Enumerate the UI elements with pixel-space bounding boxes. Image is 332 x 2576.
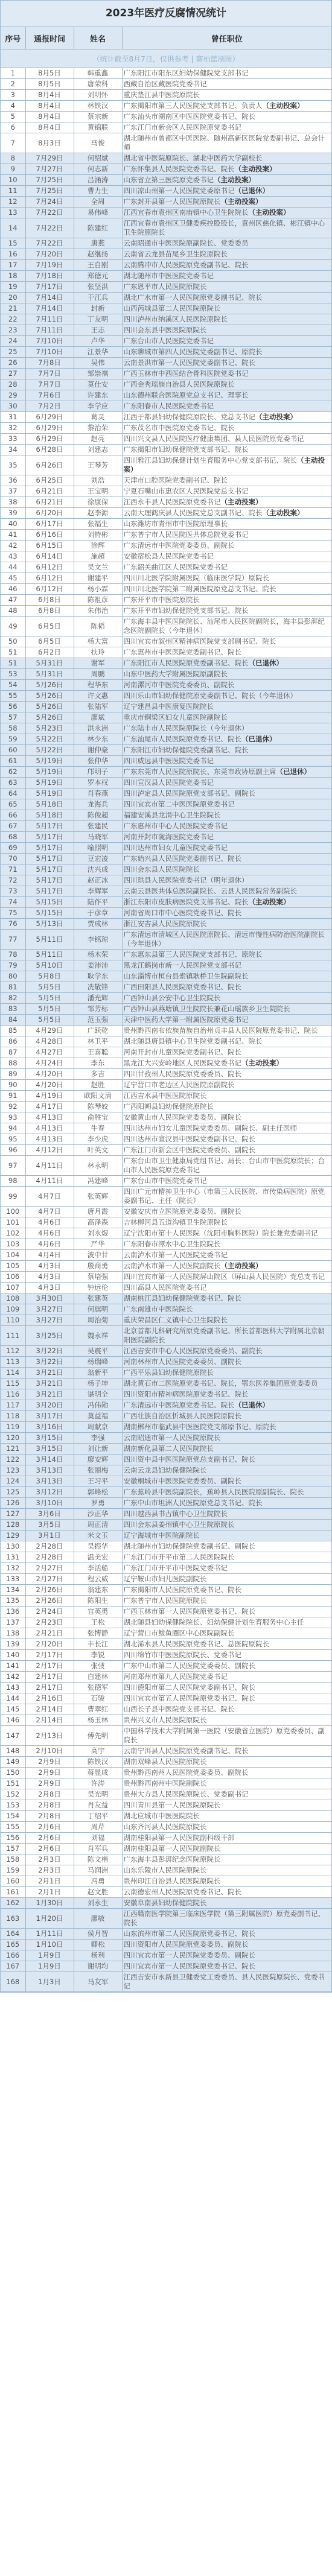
row-number-text: 15	[8, 239, 18, 247]
person-name-text: 肖军兵	[88, 1844, 109, 1853]
person-name-text: 刘让新	[88, 1444, 109, 1453]
person-name: 欧阳文清	[74, 1091, 122, 1102]
position-text: 广东陆丰市人民医院原院长（今年退休）	[124, 724, 249, 732]
row-number-text: 146	[6, 1716, 19, 1724]
row-number: 26	[1, 358, 25, 369]
position-text: 山东中医药大学附属医院原副院长	[124, 670, 228, 678]
report-date: 2月9日	[25, 1778, 74, 1789]
position: 广东台山市卫生健康局党组书记、局长；台山市中医院原院长；台山市人民医院原党委书记	[122, 1156, 331, 1176]
report-date: 2月26日	[25, 1585, 74, 1596]
report-date-text: 5月17日	[36, 854, 63, 863]
report-date-text: 2月21日	[36, 1629, 63, 1637]
report-date-text: 7月14日	[36, 293, 63, 302]
person-name: 张博静	[74, 1628, 122, 1639]
report-date-text: 5月19日	[36, 778, 63, 787]
person-name: 于江兵	[74, 293, 122, 303]
position-text: 广东揭阳市第三人民医院党支部书记、负责人	[124, 101, 263, 110]
row-number: 113	[1, 1357, 25, 1368]
row-number: 166	[1, 1950, 25, 1961]
person-name-text: 魏永祥	[88, 1331, 109, 1340]
position-text: 江西宜春市袁州区南庙镇中心卫生院院长	[124, 208, 249, 217]
position: 四川资阳市人民医院原党委委员、副院长	[122, 1940, 331, 1950]
report-date-text: 4月20日	[36, 1070, 63, 1078]
person-name-text: 罗勇	[91, 1499, 105, 1507]
row-number-text: 131	[6, 1553, 19, 1561]
row-number: 161	[1, 1887, 25, 1898]
position-text: 宁夏石嘴山市惠农区人民医院党总支书记	[124, 487, 249, 495]
table-row: 705月17日豆宏凌广东始兴县人民医院党委副书记、院长	[1, 854, 331, 864]
person-name-text: 冼敬锋	[88, 983, 109, 991]
report-date-text: 8月4日	[38, 90, 61, 99]
report-date: 5月26日	[25, 691, 74, 702]
row-number-text: 89	[8, 1070, 18, 1078]
person-name: 张坚洪	[74, 282, 122, 293]
report-date: 2月14日	[25, 1715, 74, 1726]
row-number: 57	[1, 712, 25, 723]
position-text: 西藏自治区藏医院党委书记	[124, 80, 207, 88]
person-name-text: 米文玉	[88, 1531, 109, 1540]
position-text: 四川达州市妇女儿童医院党委委员、副院长、副主任医师	[124, 1124, 298, 1132]
person-name-text: 唐燕	[91, 239, 105, 247]
report-date: 5月11日	[25, 930, 74, 950]
report-date-text: 4月13日	[36, 1124, 63, 1132]
person-name-text: 赵李源	[88, 509, 109, 517]
report-date: 7月22日	[25, 218, 74, 238]
report-date: 5月19日	[25, 756, 74, 767]
report-date: 4月7日	[25, 1207, 74, 1217]
row-number: 164	[1, 1929, 25, 1940]
position-text: 广东蕉岭县中医院副院长，蕉岭县人民医院原副院长、院长	[124, 1488, 304, 1496]
position-text: 四川广元市精神卫生中心（市第三人民医院、市传染病医院）原党委副书记、主任（院长）	[124, 1187, 325, 1205]
row-number-text: 118	[6, 1412, 19, 1420]
person-name: 钟远伦	[74, 1283, 122, 1293]
person-name-text: 沈兴成	[88, 865, 109, 874]
row-number: 93	[1, 1112, 25, 1123]
table-row: 1602月1日冯勇贵州印江自治县人民医院原院长	[1, 1876, 331, 1887]
person-name: 刘让新	[74, 1444, 122, 1455]
position: 云南腾冲市人民医院原党委副书记、院长	[122, 260, 331, 271]
row-number-text: 138	[6, 1629, 19, 1637]
report-date-text: 4月17日	[36, 1102, 63, 1111]
table-row: 755月15日于彦章河南省周口市中心医院党委书记、院长	[1, 908, 331, 919]
person-name: 冼敬锋	[74, 982, 122, 993]
row-number-text: 47	[8, 595, 18, 604]
position-text: 河南漯河市中医院党委委员、副院长	[124, 680, 235, 689]
person-name: 赵继扬	[74, 249, 122, 260]
row-number: 118	[1, 1411, 25, 1422]
row-number-text: 110	[6, 1316, 19, 1324]
report-date: 7月14日	[25, 293, 74, 303]
row-number-text: 168	[6, 1978, 19, 1986]
person-name-text: 潘光辉	[88, 994, 109, 1002]
report-date-text: 5月17日	[36, 887, 63, 895]
row-number-text: 71	[8, 865, 18, 874]
position-text: 安徽阜南县妇幼保健院院长	[124, 1899, 207, 1907]
report-date-text: 5月17日	[36, 843, 63, 852]
row-number-text: 102	[6, 1229, 19, 1237]
row-number: 35	[1, 455, 25, 475]
position: 广东揭阳市妇幼保健院党支部书记、院长	[122, 445, 331, 455]
person-name: 李东	[74, 1058, 122, 1069]
person-name: 林少东	[74, 734, 122, 745]
person-name: 赵胜	[74, 1080, 122, 1091]
position: 广西平乐县妇幼保健院原院长	[122, 1368, 331, 1378]
report-date-text: 7月22日	[36, 239, 63, 247]
person-name: 张福生	[74, 519, 122, 530]
row-number: 167	[1, 1961, 25, 1972]
table-row: 316月29日葛灵江西于都县妇幼保健院原院长、党总支书记（主动投案）	[1, 412, 331, 423]
position: 湖南桃江县妇幼保健院党委书记、院长	[122, 1293, 331, 1304]
person-name: 周正清	[74, 1520, 122, 1531]
table-row: 1442月16日石骏四川宜宾市第五人民医院原党委书记、院长	[1, 1693, 331, 1704]
position: 广西金秀瑶族自治县人民医院原院长	[122, 379, 331, 390]
person-name: 刘永煜	[74, 1228, 122, 1239]
table-row: 595月22日林少东广东汕尾市人民医院原党委书记、院长（已退休）	[1, 734, 331, 745]
position-text: 四川乐山市妇幼保健院原党委副书记、院长（今年退休）	[124, 691, 298, 700]
position-text: 广西田阳县人民医院原党委书记、院长	[124, 983, 242, 991]
position: 四川宜宾市叙州区精神病医院党支部副书记、院长	[122, 636, 331, 647]
position: 江西吉水县中医医院原院长	[122, 1091, 331, 1102]
report-date: 2月13日	[25, 1726, 74, 1746]
row-number-text: 99	[8, 1192, 18, 1201]
report-date: 3月12日	[25, 1487, 74, 1498]
position: 云南昭通市第一人民医院原院长	[122, 1433, 331, 1444]
person-name-text: 曹力生	[88, 186, 109, 195]
row-number: 5	[1, 112, 25, 122]
report-date: 1月3日	[25, 1972, 74, 1992]
table-row: 1074月3日钟远伦四川高县人民医院党委书记	[1, 1283, 331, 1293]
position-text: 四川宜宾市叙州区精神病医院党支部副书记、院长	[124, 637, 276, 646]
row-number: 14	[1, 218, 25, 238]
position: 广东揭阳市人民医院原党委书记、院长	[122, 1585, 331, 1596]
report-date: 7月24日	[25, 197, 74, 208]
person-name-text: 李锐	[91, 1651, 105, 1659]
person-name: 唐月霞	[74, 1207, 122, 1217]
row-number-text: 144	[6, 1694, 19, 1702]
person-name-text: 杨子坤	[88, 1379, 109, 1388]
report-date-text: 2月16日	[36, 1694, 63, 1702]
person-name: 翁新平	[74, 1368, 122, 1378]
row-number-text: 90	[8, 1080, 18, 1089]
row-number: 150	[1, 1768, 25, 1778]
position: 四川威远县中医医院党委书记	[122, 756, 331, 767]
position-text: 广东惠东县第三人民医院党支部书记、原院长	[124, 950, 263, 959]
report-date-text: 6月29日	[36, 424, 63, 432]
report-date: 4月11日	[25, 1176, 74, 1187]
row-number: 31	[1, 412, 25, 423]
row-number: 27	[1, 369, 25, 379]
position-text: 吉林柳河县五道沟镇卫生院原院长	[124, 1218, 228, 1226]
table-row: 1472月13日傅先明中国科学技术大学附属第一医院（安徽省立医院）原党委委员、副…	[1, 1726, 331, 1746]
person-name-text: 钟远伦	[88, 1283, 109, 1292]
position: 四川达州市宣汉县中医院党委副书记、院长	[122, 1134, 331, 1145]
position-text: 四川宜宾市第二中医医院原党委书记	[124, 800, 235, 808]
header-row: 序号 通报时间 姓名 曾任职位	[1, 27, 331, 49]
report-date-text: 2月1日	[38, 1877, 61, 1885]
report-date-text: 4月7日	[38, 1207, 61, 1216]
person-name: 冯建峰	[74, 1176, 122, 1187]
position: 江西永丰县人民医院原党委书记（主动投案）	[122, 497, 331, 508]
report-date-text: 2月13日	[36, 1731, 63, 1740]
position: 广东海丰县中医医院院长、汕尾市人民医院副院长，海丰县彭湃纪念医院副院长（今年退休…	[122, 617, 331, 636]
position: 广东封开县第一人民医院原院长（主动投案）	[122, 197, 331, 208]
table-row: 1113月25日魏永祥北京首都儿科研究所原党委副书记、所长首都医科大学附属北京朝…	[1, 1326, 331, 1346]
row-number: 65	[1, 799, 25, 810]
position: 四川兴文县人民医院医疗健康集团、县人民医院原党委书记	[122, 434, 331, 445]
report-date: 6月5日	[25, 636, 74, 647]
position: 四川泸定县人民医院原党支部书记、副院长	[122, 788, 331, 799]
position-text: 辽宁沈阳市第十人民医院（沈阳市胸科医院）院长兼党委副书记	[124, 1229, 318, 1237]
report-date: 5月10日	[25, 960, 74, 971]
row-number: 146	[1, 1715, 25, 1726]
report-date: 5月5日	[25, 1015, 74, 1026]
report-date-text: 7月24日	[36, 197, 63, 206]
position-text: 辽宁营口市鲅鱼圈区中心医院副院长	[124, 1629, 235, 1637]
report-date-text: 6月26日	[36, 461, 63, 469]
position: 四川乐山市妇幼保健院原党委副书记、院长（今年退休）	[122, 691, 331, 702]
report-date: 5月23日	[25, 723, 74, 734]
table-row: 1482月10日高宇云南宁洱县人民医院原党委副书记、院长	[1, 1746, 331, 1757]
person-name: 周治菊	[74, 1315, 122, 1326]
row-number: 147	[1, 1726, 25, 1746]
person-name-text: 徐辉	[91, 541, 105, 550]
position-text: 广西钟山县燕塘镇卫生院院长兼花山瑶族乡卫生院院长	[124, 1004, 290, 1013]
person-name: 廖安辉	[74, 1455, 122, 1465]
person-name-text: 陈铁汉	[88, 1757, 109, 1766]
report-date: 5月5日	[25, 982, 74, 993]
row-number: 101	[1, 1217, 25, 1228]
report-date: 2月3日	[25, 1854, 74, 1865]
row-number-text: 72	[8, 876, 18, 884]
table-row: 1651月10日卿松四川资阳市人民医院原党委委员、副院长	[1, 1940, 331, 1950]
person-name: 韩重鑫	[74, 68, 122, 79]
report-date-text: 4月24日	[36, 1059, 63, 1067]
row-number: 32	[1, 423, 25, 434]
table-row: 1093月27日何旗明广东南雄市中医院院长	[1, 1304, 331, 1315]
report-date-text: 2月14日	[36, 1705, 63, 1713]
table-row: 1193月16日周献京湖南郴州市临武县中医医院党支部原书记、原院长	[1, 1422, 331, 1433]
report-date: 3月17日	[25, 1411, 74, 1422]
person-name-text: 何旗明	[88, 1305, 109, 1313]
position: 广西钟山县公安中心卫生院院长	[122, 993, 331, 1004]
row-number-text: 66	[8, 811, 18, 819]
person-name-text: 刘福	[91, 1833, 105, 1842]
source-note: （统计截至8月7日，仅供参考 | 赛柏蓝制图）	[1, 49, 331, 68]
report-date: 5月17日	[25, 886, 74, 897]
report-date-text: 2月3日	[38, 1866, 61, 1874]
row-number: 45	[1, 573, 25, 584]
report-date-text: 7月17日	[36, 282, 63, 291]
person-name: 龙海兵	[74, 799, 122, 810]
report-date: 3月30日	[25, 1293, 74, 1304]
row-number: 20	[1, 293, 25, 303]
person-name: 吕涌涛	[74, 175, 122, 186]
person-name: 扶玲	[74, 647, 122, 658]
person-name: 马友军	[74, 1972, 122, 1992]
person-name-text: 郑德元	[88, 271, 109, 280]
person-name-text: 喻照明	[88, 843, 109, 852]
report-date-text: 7月7日	[38, 369, 61, 378]
table-row: 555月26日许文惠四川乐山市妇幼保健院原党委副书记、院长（今年退休）	[1, 691, 331, 702]
position: 四川川北医学院第二附属医院原党总支书记、院长	[122, 584, 331, 595]
person-name: 徐康保	[74, 497, 122, 508]
position: 河南林州市人民医院党委委员、副院长	[122, 1357, 331, 1368]
person-name-text: 丁友明	[88, 315, 109, 323]
row-number: 64	[1, 788, 25, 799]
report-date-text: 4月11日	[36, 1176, 63, 1185]
position: 四川资中县中医医院原党总支副书记、院长	[122, 1455, 331, 1465]
position-text: 广西玉林市第一人民医院原党委书记、院长	[124, 1607, 256, 1616]
position-text: 四川会东县人民医院院长	[124, 865, 200, 874]
report-date: 2月8日	[25, 1800, 74, 1811]
report-date-text: 4月13日	[36, 1113, 63, 1121]
position: 广西钟山县燕塘镇卫生院院长兼花山瑶族乡卫生院院长	[122, 1004, 331, 1015]
person-name: 豆宏凌	[74, 854, 122, 864]
report-date-text: 5月5日	[38, 1015, 61, 1024]
report-date: 8月4日	[25, 101, 74, 112]
position-text: 浙江安吉县人民医院原院长	[124, 919, 207, 928]
row-number-text: 100	[6, 1207, 19, 1216]
position: 广东东莞市人民医院原院长、东莞市政协原副主席（已退休）	[122, 767, 331, 778]
position: 河南开封市陇海医院党委书记	[122, 832, 331, 843]
position: 河南省周口市中心医院党委书记、院长	[122, 908, 331, 919]
position: 广东海丰县彭湃纪念医院原院长	[122, 1854, 331, 1865]
row-number-text: 41	[8, 530, 18, 539]
position-text: 湖北浠水县人民医院原党委书记、总医院原院长	[124, 1640, 270, 1648]
row-number: 128	[1, 1520, 25, 1531]
row-number-text: 74	[8, 898, 18, 906]
position: 湖南桂阳县第一人民医院副科级干部	[122, 1833, 331, 1844]
report-date: 5月15日	[25, 897, 74, 908]
person-name: 石骏	[74, 1693, 122, 1704]
report-date-text: 3月16日	[36, 1423, 63, 1431]
table-row: 207月14日于江兵湖北广水市第一人民医院原党委副书记、院长	[1, 293, 331, 303]
position-text: 重庆荣昌区仁义镇中心卫生院院长	[124, 1316, 228, 1324]
position: 河南开封市儿童医院党委副书记、院长	[122, 1047, 331, 1058]
person-name-text: 石骏	[91, 1694, 105, 1702]
position-text: 云南宁洱县人民医院原党委副书记、院长	[124, 1746, 249, 1755]
position-text: 江西永丰县人民医院原党委书记	[124, 498, 221, 506]
position: 湖北随州市曾都区中医医院、随州高新区医院党委副书记、总会计师	[122, 133, 331, 153]
row-number-text: 104	[6, 1251, 19, 1259]
person-name: 李铭琼	[74, 930, 122, 950]
table-row: 506月5日杨大富四川宜宾市叙州区精神病医院党支部副书记、院长	[1, 636, 331, 647]
status-tag: （主动投案）	[221, 1261, 263, 1270]
person-name: 许文惠	[74, 691, 122, 702]
position-text: 湖北应城市中医医院院长	[124, 1812, 200, 1820]
person-name-text: 周鹏	[91, 670, 105, 678]
position: 山东齐河县人民医院原院长	[122, 1822, 331, 1833]
row-number: 4	[1, 101, 25, 112]
status-tag: （主动投案）	[241, 1059, 283, 1067]
position-text: 湖北随州市妇幼保健院党委副书记、副院长	[124, 1542, 256, 1550]
person-name: 严华	[74, 1239, 122, 1250]
table-row: 665月18日陈俊超福建安溪县龙涓中心卫生院院长	[1, 810, 331, 821]
row-number-text: 149	[6, 1757, 19, 1766]
report-date-text: 1月10日	[36, 1940, 63, 1949]
report-date-text: 2月9日	[38, 1779, 61, 1788]
report-date: 2月27日	[25, 1574, 74, 1585]
position: 四川川北医学院附属医院（临床医学院）原院长	[122, 573, 331, 584]
report-date-text: 2月1日	[38, 1888, 61, 1896]
row-number: 87	[1, 1047, 25, 1058]
person-name-text: 贾成林	[88, 919, 109, 928]
table-row: 1462月14日杨玉林贵州兴义市人民医院原院长	[1, 1715, 331, 1726]
person-name-text: 赵正冰	[88, 876, 109, 884]
table-row: 227月11日丁友明四川泸州市纳溪区人民医院原院长	[1, 314, 331, 325]
row-number-text: 30	[8, 402, 18, 410]
person-name-text: 赵文胜	[88, 1888, 109, 1896]
position: 辽宁营口市老边区人民医院原副院长	[122, 1080, 331, 1091]
position-text: 广东中山市坦洲人民医院原党总支书记、院长	[124, 1499, 263, 1507]
position-text: 黑龙江大兴安岭地区人民医院党委书记	[124, 1059, 242, 1067]
table-row: 1233月13日张丽梅云南云龙县妇幼保健院院长	[1, 1465, 331, 1476]
row-number: 85	[1, 1026, 25, 1036]
person-name: 李少虎	[74, 1134, 122, 1145]
position-text: 广东茂名市中医院原党委书记、院长	[124, 424, 235, 432]
position-text: 黑龙江鹤岗市新一人民医院党支部书记	[124, 961, 242, 969]
table-row: 1133月22日杨瑞峰河南林州市人民医院党委委员、副院长	[1, 1357, 331, 1368]
report-date-text: 7月18日	[36, 271, 63, 280]
person-name: 刘特彬	[74, 530, 122, 541]
report-date: 4月17日	[25, 1102, 74, 1112]
row-number: 67	[1, 821, 25, 832]
report-date-text: 6月5日	[38, 637, 61, 646]
position-text: 湖北黄石市二医院原党委书记、院长，鄂东医养集团原党委委员	[124, 1379, 318, 1388]
row-number: 95	[1, 1134, 25, 1145]
row-number: 71	[1, 864, 25, 875]
person-name-text: 冯勇	[91, 1877, 105, 1885]
table-row: 217月14日封新山西芮城县第二人民医院原院长	[1, 303, 331, 314]
position-text: 四川川北医学院附属医院（临床医学院）原院长	[124, 574, 270, 582]
position: 福建安溪县龙涓中心卫生院院长	[122, 810, 331, 821]
row-number: 120	[1, 1433, 25, 1444]
row-number-text: 3	[11, 90, 15, 99]
report-date: 6月12日	[25, 573, 74, 584]
person-name-text: 郭峰松	[88, 1488, 109, 1496]
position: 安徽安庆市立医院原党委委员、副院长	[122, 1207, 331, 1217]
person-name-text: 张弢	[91, 1661, 105, 1670]
report-date: 7月22日	[25, 208, 74, 218]
person-name: 张仲华	[74, 756, 122, 767]
table-row: 267月8日吴伟云南景洪市第一人民医院党委副书记、院长	[1, 358, 331, 369]
table-row: 1332月27日程云威辽宁鞍山市妇儿医院副院长	[1, 1574, 331, 1585]
table-row: 127月24日全周广东封开县第一人民医院原院长（主动投案）	[1, 197, 331, 208]
row-number: 121	[1, 1444, 25, 1455]
person-name: 王宝明	[74, 486, 122, 497]
position-text: 四川凉山州第一人民医院党委原书记	[124, 186, 235, 195]
report-date-text: 4月11日	[36, 1161, 63, 1170]
report-date-text: 2月28日	[36, 1553, 63, 1561]
row-number-text: 129	[6, 1531, 19, 1540]
row-number-text: 117	[6, 1401, 19, 1409]
row-number-text: 68	[8, 833, 18, 841]
row-number-text: 106	[6, 1272, 19, 1281]
row-number-text: 163	[6, 1914, 19, 1923]
table-row: 336月29日赵亮四川兴文县人民医院医疗健康集团、县人民医院原党委书记	[1, 434, 331, 445]
row-number: 127	[1, 1509, 25, 1520]
report-date-text: 2月27日	[36, 1564, 63, 1572]
row-number-text: 63	[8, 778, 18, 787]
row-number-text: 107	[6, 1283, 19, 1292]
row-number-text: 76	[8, 919, 18, 928]
person-name-text: 林铁汉	[88, 101, 109, 110]
person-name-text: 唐荣科	[88, 80, 109, 88]
person-name-text: 廖安辉	[88, 1455, 109, 1464]
person-name: 王琴芳	[74, 455, 122, 475]
row-number: 70	[1, 854, 25, 864]
person-name-text: 周正清	[88, 1520, 109, 1529]
